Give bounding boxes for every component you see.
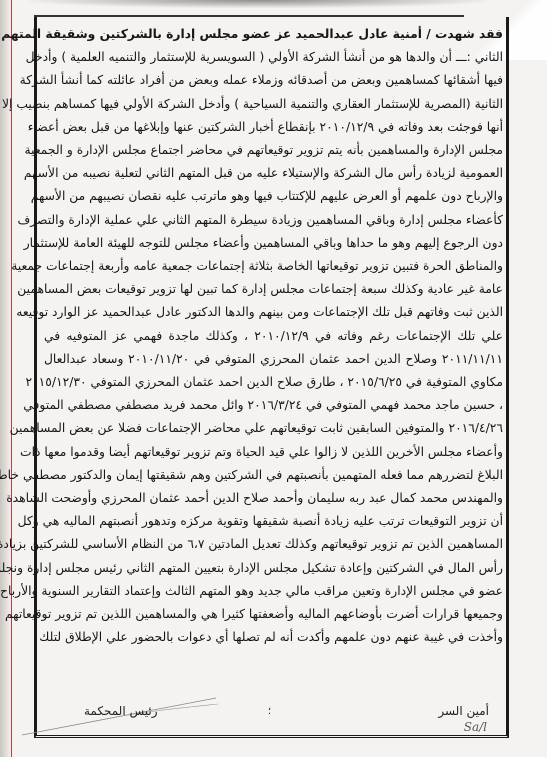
judge-label: رئيس المحكمة — [84, 704, 158, 718]
text-line: أنها فوجئت بعد وفاته في ٢٠١٠/١٢/٩ بإنقطا… — [44, 116, 503, 139]
testimony-text: فقد شهدت / أمنية عادل عبدالحميد عز عضو م… — [44, 23, 503, 649]
text-line: ٢٠١١/١١/١١ وصلاح الدين احمد عثمان المحرز… — [44, 348, 503, 371]
clerk-signature: Sa/l — [464, 720, 487, 734]
text-line: عضو في مجلس الإدارة وتعين مراقب مالي جدي… — [44, 580, 503, 603]
text-line: كأعضاء مجلس إدارة وباقي المساهمين وزيادة… — [44, 209, 503, 232]
text-line: ، حسين ماجد محمد فهمي المتوفي في ٢٠١٦/٣/… — [44, 394, 503, 417]
text-line: دون الرجوع إليهم وهو ما حداها وباقي المس… — [44, 232, 503, 255]
signature-separator: ؛ — [268, 706, 271, 717]
text-line: أن تزوير التوقيعات ترتب عليه زيادة أنصبة… — [44, 510, 503, 533]
text-line: الثاني :ـــ أن والدها هو من أنشأ الشركة … — [44, 46, 503, 69]
signature-row: أمين السر ؛ رئيس المحكمة Sa/l — [44, 704, 503, 734]
text-line: وجميعها قرارات أضرت بأوضاعهم الماليه وأض… — [44, 603, 503, 626]
text-line: ٢٠١٦/٤/٢٦ والمتوفين السابقين ثابت توقيعا… — [44, 417, 503, 440]
text-line: الذين ثبت وفاتهم قبل تلك الإجتماعات ومن … — [44, 301, 503, 324]
text-line: والإرباح دون علمهم أو العرض عليهم للإكتت… — [44, 185, 503, 208]
text-line: رأس المال في الشركتين وإعادة تشكيل مجلس … — [44, 557, 503, 580]
text-line: البلاغ لتضررهم مما فعله المتهمين بأنصبته… — [44, 464, 503, 487]
text-line: وأعضاء مجلس الأخرين اللذين لا زالوا علي … — [44, 441, 503, 464]
text-line: علي تلك الإجتماعات رغم وفاته في ٢٠١٠/١٢/… — [44, 325, 503, 348]
clerk-label: أمين السر — [438, 704, 489, 718]
text-line: فيها أشقائها كمساهمين وبعض من أصدقائه وز… — [44, 69, 503, 92]
text-line: وأخذت في غيبة عنهم دون علمهم وأكدت أنه ل… — [44, 626, 503, 649]
text-line: فقد شهدت / أمنية عادل عبدالحميد عز عضو م… — [44, 23, 503, 46]
scan-shadow — [30, 0, 487, 8]
text-line: مكاوي المتوفية في ٢٠١٥/٦/٢٥ ، طارق صلاح … — [44, 371, 503, 394]
text-line: العمومية لزيادة رأس مال الشركة والإستيلا… — [44, 162, 503, 185]
text-line: والمناطق الحرة فتبين تزوير توقيعاتها الخ… — [44, 255, 503, 278]
text-line: مجلس الإدارة والمساهمين بأنه يتم تزوير ت… — [44, 139, 503, 162]
text-line: عامة غير عادية وكذلك سبعة إجتماعات مجلس … — [44, 278, 503, 301]
text-line: المساهمين الذين تم تزوير توقيعاتهم وكذلك… — [44, 533, 503, 556]
text-line: والمهندس محمد كمال عبد ربه سليمان وأحمد … — [44, 487, 503, 510]
text-line: الثانية (المصرية للإستثمار العقاري والتن… — [44, 93, 503, 116]
